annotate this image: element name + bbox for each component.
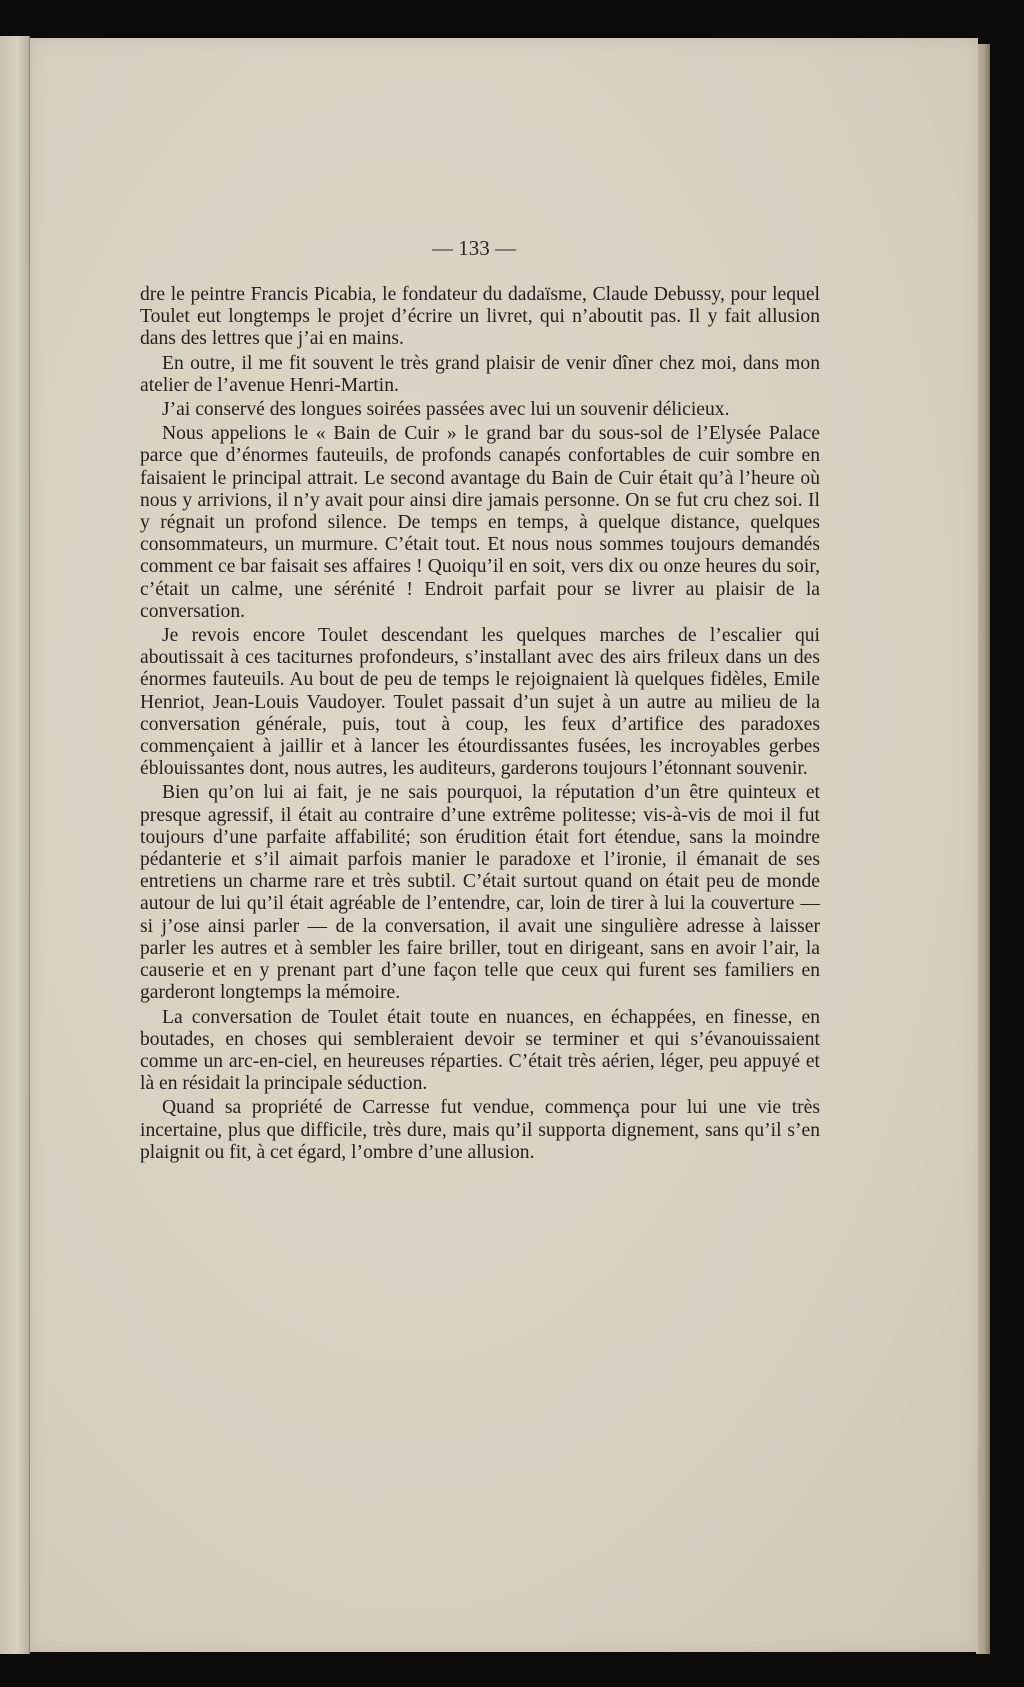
- paragraph: Bien qu’on lui ai fait, je ne sais pourq…: [140, 782, 820, 1004]
- book-page: — 133 — dre le peintre Francis Picabia, …: [30, 38, 978, 1652]
- facing-page-edge: [0, 36, 30, 1654]
- paragraph: La conversation de Toulet était toute en…: [140, 1007, 820, 1096]
- body-text: dre le peintre Francis Picabia, le fonda…: [140, 284, 820, 1166]
- paragraph: Je revois encore Toulet descendant les q…: [140, 625, 820, 780]
- page-stack-edge: [976, 44, 990, 1654]
- paragraph: dre le peintre Francis Picabia, le fonda…: [140, 284, 820, 351]
- paragraph: En outre, il me fit souvent le très gran…: [140, 353, 820, 397]
- paragraph: J’ai conservé des longues soirées passée…: [140, 399, 820, 421]
- paragraph: Nous appelions le « Bain de Cuir » le gr…: [140, 423, 820, 623]
- paragraph: Quand sa propriété de Carresse fut vendu…: [140, 1097, 820, 1164]
- page-number: — 133 —: [30, 236, 978, 261]
